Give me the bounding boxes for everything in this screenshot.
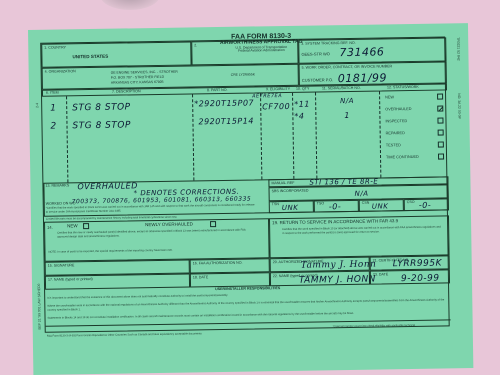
block-date-23: 23. DATE 9-20-99: [370, 269, 450, 284]
block-tsn: TSN UNK: [269, 201, 314, 214]
cso-label: CSO: [407, 201, 415, 205]
header-item: 6. ITEM: [46, 92, 59, 96]
responsibilities-title: USER/INSTALLER RESPONSIBILITIES: [215, 287, 280, 292]
newly-overhauled-checkbox[interactable]: [210, 221, 216, 227]
sbs-label: SBS INCORPORATED: [272, 190, 309, 194]
responsibilities-para-3: Statements in Blocks 14 and 19 do not co…: [48, 310, 448, 320]
row-eligibility: CF700: [262, 102, 290, 111]
row-description: STG 8 STOP: [72, 102, 131, 113]
status-tested-label: TESTED: [386, 144, 401, 148]
block19-title: 19. RETURN TO SERVICE IN ACCORDANCE WITH…: [272, 219, 398, 225]
header-qty: 10. QTY: [296, 88, 309, 92]
block14-number: 14.: [47, 226, 53, 230]
status-overhauled-label: OVERHAULED: [385, 108, 411, 112]
tso-label: TSO: [317, 202, 324, 206]
status-tested-checkbox[interactable]: [438, 141, 444, 147]
customer-po-prefix: CUSTOMER P.O.: [302, 78, 333, 82]
certificate-number: LYRR995K: [393, 259, 442, 270]
tracking-number: 731466: [339, 45, 384, 59]
row-serial: N/A: [340, 97, 354, 105]
responsibilities-para-2: Where the user/installer work in accorda…: [47, 298, 447, 311]
col-divider: [66, 96, 68, 182]
authorized-signature: Tammy J. Honn: [301, 260, 377, 271]
status-repaired-label: REPAIRED: [386, 132, 405, 136]
block2-label: 2.: [194, 44, 197, 48]
country-value: UNITED STATES: [72, 54, 108, 60]
row-part-no: 2920T15P14: [198, 116, 254, 126]
block-country: 1. COUNTRY UNITED STATES: [41, 41, 191, 67]
tso-value: -0-: [329, 202, 342, 211]
status-repaired-checkbox[interactable]: [438, 129, 444, 135]
block14-note: NOTE: In case of parts to be exported, t…: [48, 248, 208, 254]
block-faa-auth: 16. FAA AUTHORIZATION NO.: [190, 258, 270, 273]
block19-certify-text: Certifies that the work specified in Blo…: [282, 226, 442, 236]
faa-auth-label: 16. FAA AUTHORIZATION NO.: [193, 262, 243, 266]
status-new-label: NEW: [385, 96, 394, 100]
sbs-value: N/A: [355, 190, 369, 198]
name-17-label: 17. NAME (typed or printed): [48, 278, 93, 282]
side-code-top: TR0221 52 842: [456, 37, 460, 60]
left-vertical-stamp: SEP 21 '99 001 LAW SCHED0: [37, 284, 42, 330]
country-label: 1. COUNTRY: [44, 46, 66, 50]
left-side-code: 2-4: [35, 103, 39, 108]
cre-number: CRE LY2R955K: [231, 73, 255, 77]
row-item: 2: [50, 122, 56, 132]
block-csn: CSN UNK: [359, 199, 404, 212]
header-eligibility: 9. ELIGIBILITY: [266, 88, 290, 92]
org-line-3: ARKANSAS CITY, KANSAS 67005: [111, 81, 164, 85]
block-date-18: 18. DATE: [190, 272, 270, 287]
faa-form-8130-3: 2-4 SEP 21 '99 001 LAW SCHED0 1. COUNTRY…: [28, 23, 473, 375]
status-inspected-checkbox[interactable]: [437, 117, 443, 123]
header-serial: 11. SERIAL/BATCH NO.: [322, 87, 361, 91]
csn-value: UNK: [372, 202, 389, 210]
col-divider: [315, 92, 317, 178]
date-value: 9-20-99: [401, 274, 440, 285]
date-18-label: 18. DATE: [193, 276, 208, 280]
row-description: STG 8 STOP: [72, 120, 131, 131]
side-code-status: NO. 3A 22 03-0P: [457, 93, 461, 119]
row-qty: *4: [294, 112, 304, 121]
cso-value: -0-: [419, 201, 432, 210]
form-title-block: FAA FORM 8130-3 AIRWORTHINESS APPROVAL T…: [211, 33, 311, 54]
remarks-label: 13. REMARKS: [45, 184, 69, 188]
block-19: 19. RETURN TO SERVICE IN ACCORDANCE WITH…: [269, 215, 450, 258]
header-description: 7. DESCRIPTION: [112, 90, 141, 94]
col-divider: [379, 91, 381, 177]
status-overhauled-checkbox[interactable]: [437, 105, 443, 111]
csn-label: CSN: [362, 202, 370, 206]
row-part-no: *2920T15P07: [194, 98, 254, 108]
block-cso: CSO -0-: [404, 198, 449, 211]
header-status-work: 12. STATUS/WORK: [387, 86, 419, 90]
new-label: NEW: [67, 224, 78, 229]
block-work-order: 5. WORK ORDER, CONTRACT, OR INVOICE NUMB…: [299, 61, 447, 85]
row-item: 1: [50, 104, 56, 114]
block-14: 14. NEW NEWLY OVERHAULED Certifies that …: [44, 218, 270, 262]
block-tso: TSO -0-: [314, 200, 359, 213]
row-qty: *11: [294, 100, 310, 109]
tracking-prefix: GEES-STR WO: [301, 52, 330, 56]
manual-ref-label: MANUAL REF: [271, 182, 294, 186]
header-part-no: 8. PART NO.: [207, 89, 228, 93]
tsn-value: UNK: [282, 204, 299, 212]
date-23-label: 23. DATE: [373, 273, 388, 277]
block14-certify-text: Certifies that the new or newly overhaul…: [57, 228, 257, 238]
org-label: 4. ORGANIZATION: [45, 70, 76, 74]
new-checkbox[interactable]: [83, 223, 89, 229]
customer-po-value: 0181/99: [338, 71, 387, 85]
block-certificate-no: 21. CERTIFICATE NO. LYRR995K: [370, 255, 450, 270]
tsn-label: TSN: [272, 203, 279, 207]
newly-overhauled-label: NEWLY OVERHAULED: [145, 222, 193, 227]
status-time-continued-label: TIME CONTINUED: [386, 156, 419, 160]
row-serial: 1: [344, 111, 350, 120]
status-time-continued-checkbox[interactable]: [438, 153, 444, 159]
remarks-overhauled: OVERHAULED: [77, 181, 138, 191]
form-frame: 1. COUNTRY UNITED STATES 2. FAA FORM 813…: [40, 36, 450, 332]
block-tracking: 3. SYSTEM TRACKING REF. NO. GEES-STR WO …: [298, 37, 446, 63]
background-object: [100, 0, 160, 10]
status-inspected-label: INSPECTED: [385, 120, 407, 124]
signature-label: 15. SIGNATURE: [48, 264, 75, 268]
eligibility-note: AETRE7EA: [252, 93, 282, 99]
status-new-checkbox[interactable]: [437, 93, 443, 99]
work-order-label: 5. WORK ORDER, CONTRACT, OR INVOICE NUMB…: [302, 65, 402, 70]
